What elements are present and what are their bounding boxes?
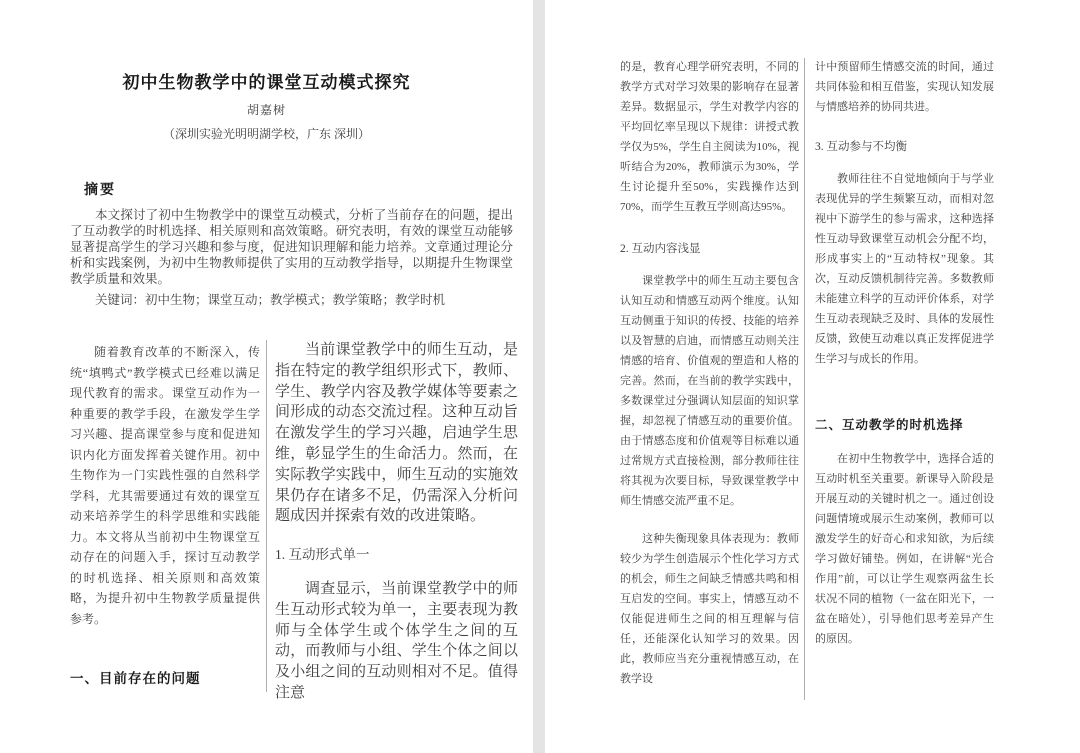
page-right: 的是，教育心理学研究表明，不同的教学方式对学习效果的影响存在显著差异。数据显示，… [545, 0, 1080, 753]
keywords-line: 关键词：初中生物；课堂互动；教学模式；教学策略；教学时机 [70, 292, 513, 308]
page-left: 初中生物教学中的课堂互动模式探究 胡嘉树 （深圳实验光明明湖学校，广东 深圳） … [0, 0, 533, 753]
subsection-heading-uneven-participation: 3. 互动参与不均衡 [815, 137, 994, 157]
selective-interaction-paragraph: 教师往往不自觉地倾向于与学业表现优异的学生频繁互动，而相对忽视中下游学生的参与需… [815, 169, 994, 369]
recall-rate-paragraph: 的是，教育心理学研究表明，不同的教学方式对学习效果的影响存在显著差异。数据显示，… [620, 57, 799, 217]
interaction-definition-paragraph: 当前课堂教学中的师生互动，是指在特定的教学组织形式下，教师、学生、教学内容及教学… [275, 340, 518, 527]
right-page-column-2: 计中预留师生情感交流的时间，通过共同体验和相互借鉴，实现认知发展与情感培养的协同… [815, 57, 994, 649]
paper-title: 初中生物教学中的课堂互动模式探究 [0, 68, 533, 93]
right-page-column-1: 的是，教育心理学研究表明，不同的教学方式对学习效果的影响存在显著差异。数据显示，… [620, 57, 799, 689]
intro-paragraph: 随着教育改革的不断深入，传统“填鸭式”教学模式已经难以满足现代教育的需求。课堂互… [70, 342, 260, 629]
subsection-heading-single-form: 1. 互动形式单一 [275, 545, 518, 566]
author-affiliation: （深圳实验光明明湖学校，广东 深圳） [0, 125, 533, 142]
section-heading-timing-selection: 二、互动教学的时机选择 [815, 415, 994, 435]
document-screenshot: { "page_left": { "title": "初中生物教学中的课堂互动模… [0, 0, 1080, 753]
imbalance-manifestation-paragraph: 这种失衡现象具体表现为：教师较少为学生创造展示个性化学习方式的机会，师生之间缺乏… [620, 529, 799, 689]
abstract-text: 本文探讨了初中生物教学中的课堂互动模式，分析了当前存在的问题，提出了互动教学的时… [70, 207, 513, 287]
author-name: 胡嘉树 [0, 101, 533, 118]
abstract-heading: 摘要 [84, 179, 116, 199]
column-divider-right-page [804, 58, 805, 700]
emotional-time-paragraph: 计中预留师生情感交流的时间，通过共同体验和相互借鉴，实现认知发展与情感培养的协同… [815, 57, 994, 117]
column-divider-left-page [266, 340, 267, 692]
timing-example-paragraph: 在初中生物教学中，选择合适的互动时机至关重要。新课导入阶段是开展互动的关键时机之… [815, 449, 994, 649]
cognitive-emotional-paragraph: 课堂教学中的师生互动主要包含认知互动和情感互动两个维度。认知互动侧重于知识的传授… [620, 271, 799, 511]
left-page-column-2: 当前课堂教学中的师生互动，是指在特定的教学组织形式下，教师、学生、教学内容及教学… [275, 340, 518, 704]
section-heading-current-problems: 一、目前存在的问题 [70, 669, 260, 690]
left-page-column-1: 随着教育改革的不断深入，传统“填鸭式”教学模式已经难以满足现代教育的需求。课堂互… [70, 342, 260, 690]
subsection-heading-shallow-content: 2. 互动内容浅显 [620, 239, 799, 259]
survey-paragraph: 调查显示，当前课堂教学中的师生互动形式较为单一，主要表现为教师与全体学生或个体学… [275, 579, 518, 704]
